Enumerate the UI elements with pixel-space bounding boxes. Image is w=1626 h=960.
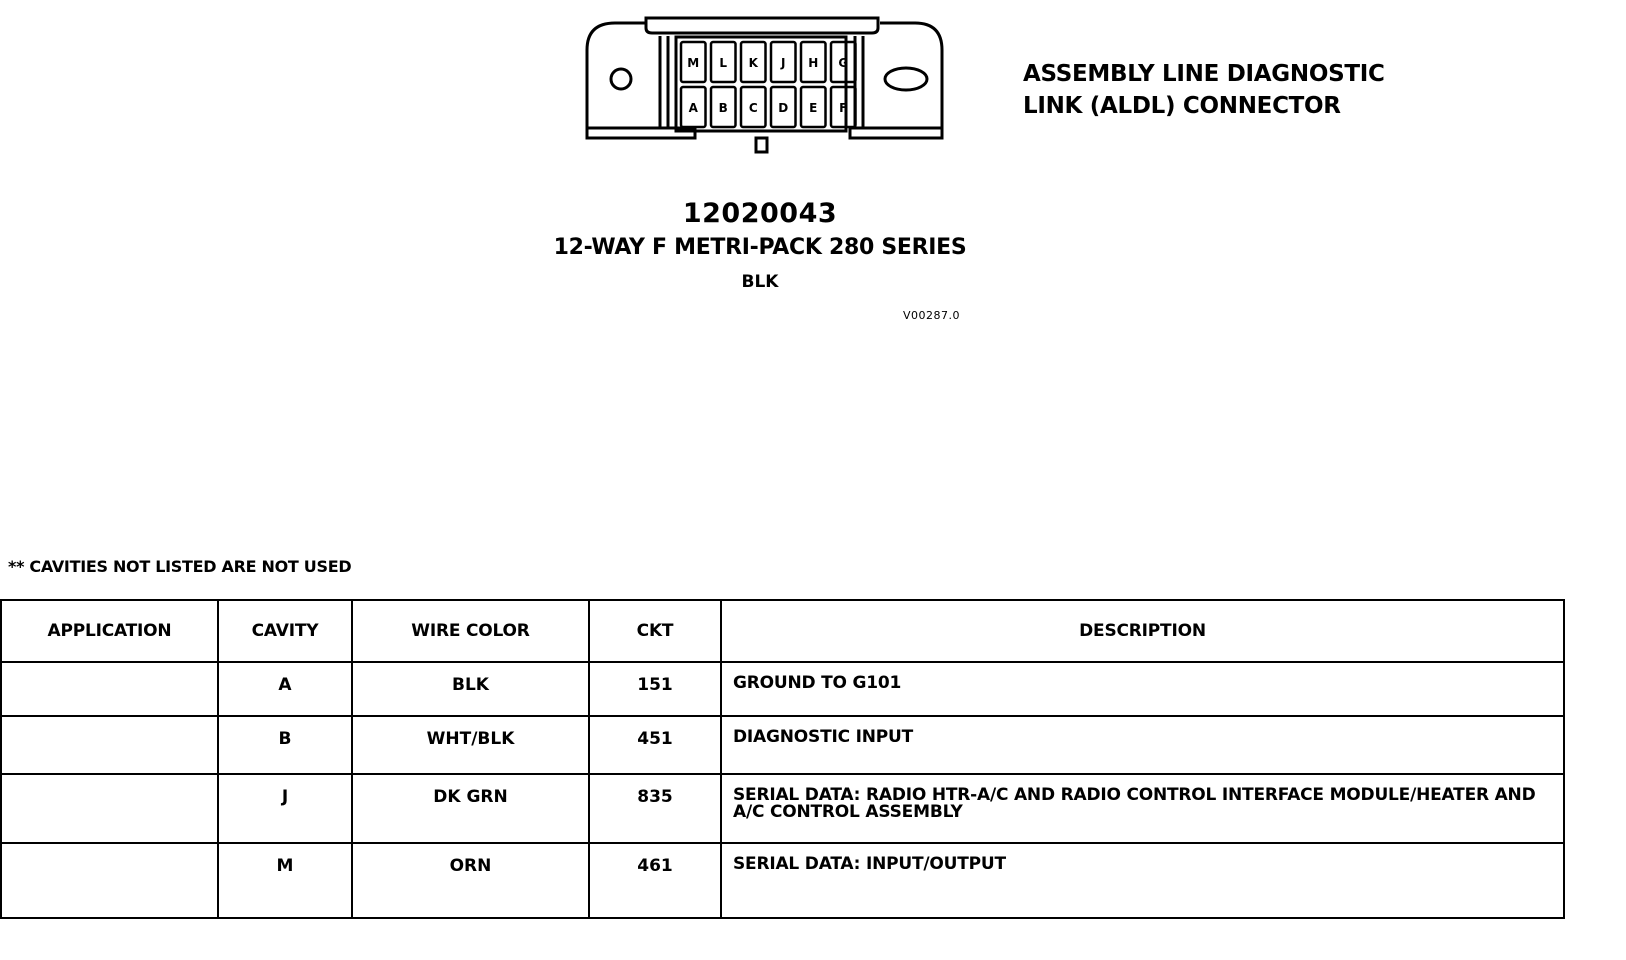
header-wire-color: WIRE COLOR	[352, 600, 589, 662]
cell-description: SERIAL DATA: INPUT/OUTPUT	[721, 843, 1564, 918]
cell-cavity: M	[218, 843, 352, 918]
cell-description: SERIAL DATA: RADIO HTR-A/C AND RADIO CON…	[721, 774, 1564, 843]
cavity-label: H	[808, 56, 818, 70]
cavity-label: J	[780, 56, 785, 70]
cavity-label: B	[719, 101, 728, 115]
cavity-label: D	[778, 101, 788, 115]
aldl-connector-diagram: MLKJHGABCDEF	[580, 10, 950, 160]
cavity-label: A	[689, 101, 699, 115]
cell-wire-color: BLK	[352, 662, 589, 716]
cavity-label: K	[749, 56, 759, 70]
cavity-label: M	[687, 56, 699, 70]
table-header-row: APPLICATION CAVITY WIRE COLOR CKT DESCRI…	[1, 600, 1564, 662]
header-application: APPLICATION	[1, 600, 218, 662]
cavity-label: C	[749, 101, 758, 115]
part-number: 12020043	[480, 198, 1040, 229]
cell-cavity: B	[218, 716, 352, 774]
cell-application	[1, 774, 218, 843]
unused-cavities-note: ** CAVITIES NOT LISTED ARE NOT USED	[8, 557, 351, 576]
cell-application	[1, 662, 218, 716]
reference-code: V00287.0	[903, 309, 960, 322]
connector-color: BLK	[480, 272, 1040, 292]
connector-title-line2: LINK (ALDL) CONNECTOR	[1023, 90, 1385, 122]
table-row: M ORN 461 SERIAL DATA: INPUT/OUTPUT	[1, 843, 1564, 918]
cell-cavity: J	[218, 774, 352, 843]
cell-cavity: A	[218, 662, 352, 716]
cell-wire-color: WHT/BLK	[352, 716, 589, 774]
connector-series: 12-WAY F METRI-PACK 280 SERIES	[480, 235, 1040, 260]
cell-wire-color: DK GRN	[352, 774, 589, 843]
cell-ckt: 461	[589, 843, 721, 918]
cell-ckt: 151	[589, 662, 721, 716]
cell-application	[1, 843, 218, 918]
header-ckt: CKT	[589, 600, 721, 662]
connector-title-line1: ASSEMBLY LINE DIAGNOSTIC	[1023, 58, 1385, 90]
cell-wire-color: ORN	[352, 843, 589, 918]
header-description: DESCRIPTION	[721, 600, 1564, 662]
cell-description: DIAGNOSTIC INPUT	[721, 716, 1564, 774]
cavity-label: F	[839, 101, 847, 115]
cell-ckt: 451	[589, 716, 721, 774]
cavity-label: L	[719, 56, 727, 70]
cavity-label: G	[838, 56, 848, 70]
header-cavity: CAVITY	[218, 600, 352, 662]
connector-title: ASSEMBLY LINE DIAGNOSTIC LINK (ALDL) CON…	[1023, 58, 1385, 122]
cavity-label: E	[809, 101, 817, 115]
table-row: A BLK 151 GROUND TO G101	[1, 662, 1564, 716]
table-row: B WHT/BLK 451 DIAGNOSTIC INPUT	[1, 716, 1564, 774]
pinout-table: APPLICATION CAVITY WIRE COLOR CKT DESCRI…	[0, 599, 1565, 919]
cell-application	[1, 716, 218, 774]
table-row: J DK GRN 835 SERIAL DATA: RADIO HTR-A/C …	[1, 774, 1564, 843]
cell-description: GROUND TO G101	[721, 662, 1564, 716]
cell-ckt: 835	[589, 774, 721, 843]
